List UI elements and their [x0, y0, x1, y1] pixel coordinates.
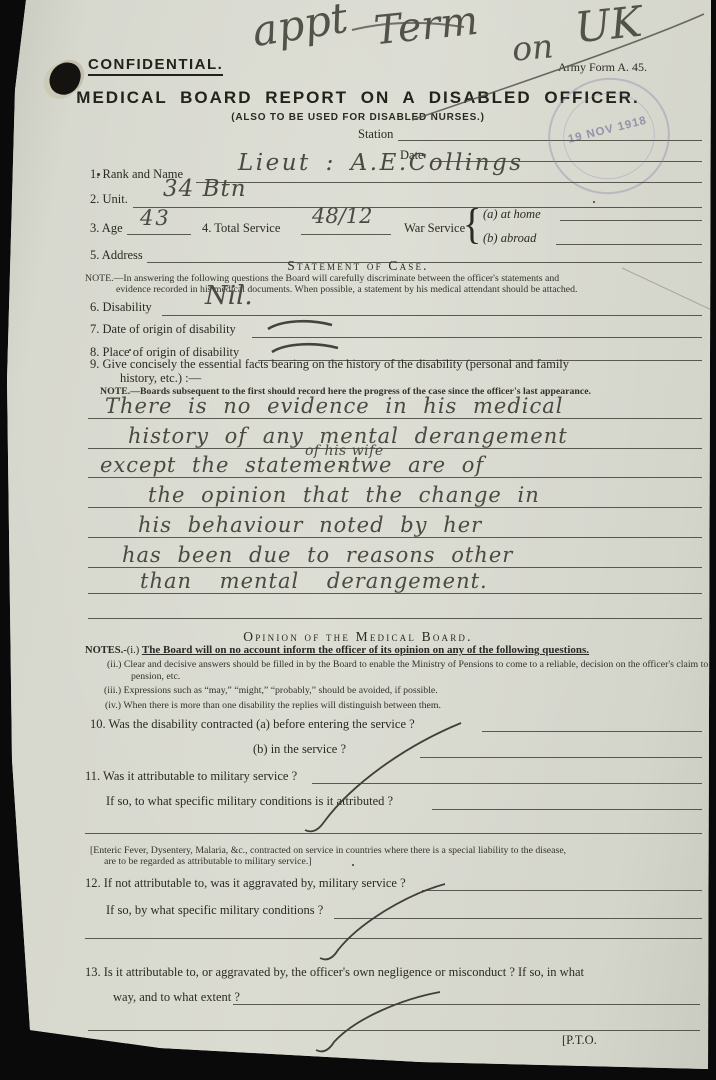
rule-line — [127, 234, 191, 235]
paper-speck — [129, 349, 131, 351]
field-value-unit: 34 Btn — [163, 176, 247, 202]
rule-line — [422, 890, 702, 891]
answer-line: has been due to reasons other — [122, 543, 513, 567]
rule-line — [85, 833, 702, 834]
note-number: (ii.) — [107, 659, 121, 670]
rule-line — [88, 1030, 700, 1031]
question9-line2: history, etc.) :— — [120, 371, 201, 386]
question13-line2: way, and to what extent ? — [113, 990, 240, 1005]
rule-line — [88, 618, 702, 619]
q13-slash-mark — [316, 992, 440, 1051]
rule-line — [312, 783, 702, 784]
opinion-heading: Opinion of the Medical Board. — [0, 629, 716, 645]
field-label-date-of-origin: 7. Date of origin of disability — [90, 322, 236, 337]
field-value-disability: Nil. — [205, 281, 253, 311]
rule-line — [233, 1004, 700, 1005]
field-value-age: 43 — [140, 206, 171, 230]
answer-line: There is no evidence in his medical — [105, 394, 564, 418]
q12-slash-mark — [320, 884, 445, 959]
rule-line — [301, 234, 391, 235]
note-text: Clear and decisive answers should be fil… — [124, 659, 708, 682]
rule-line — [482, 731, 702, 732]
answer-line: the opinion that the change in — [148, 483, 540, 507]
war-service-label: War Service — [404, 221, 465, 236]
paper-speck — [593, 201, 595, 203]
war-service-a-label: (a) at home — [483, 207, 541, 222]
answer-line: his behaviour noted by her — [138, 513, 482, 537]
opinion-note-4: (iv.) When there is more than one disabi… — [105, 700, 441, 712]
form-reference: Army Form A. 45. — [558, 60, 647, 75]
pto-marking: [P.T.O. — [562, 1033, 597, 1048]
annotation-word: appt — [249, 0, 351, 56]
q10-q11-slash-mark — [305, 723, 461, 831]
station-label: Station — [358, 127, 393, 142]
question11-label: 11. Was it attributable to military serv… — [85, 769, 297, 784]
question10-label: 10. Was the disability contracted (a) be… — [90, 717, 415, 732]
note-text: When there is more than one disability t… — [123, 700, 441, 711]
q8-dash-mark — [272, 344, 338, 352]
rule-line — [88, 507, 702, 508]
rule-line — [162, 315, 702, 316]
field-value-total-service: 48/12 — [312, 204, 373, 228]
rule-line — [560, 220, 702, 221]
note-text-emphasized: The Board will on no account inform the … — [142, 644, 589, 656]
paper-speck — [352, 864, 354, 866]
confidential-marking: CONFIDENTIAL. — [88, 56, 223, 76]
question12-label: 12. If not attributable to, was it aggra… — [85, 876, 406, 891]
annotation-word: on — [510, 26, 554, 68]
rule-line — [88, 448, 702, 449]
rule-line — [133, 207, 702, 208]
note-text: Expressions such as “may,” “might,” “pro… — [124, 685, 438, 696]
field-label-total-service: 4. Total Service — [202, 221, 280, 236]
statement-note-line1: NOTE.—In answering the following questio… — [85, 273, 559, 284]
question12-sub-label: If so, by what specific military conditi… — [106, 903, 323, 918]
rule-line — [432, 809, 702, 810]
paper-speck — [97, 173, 100, 176]
opinion-note-2: (ii.) Clear and decisive answers should … — [107, 659, 709, 683]
rule-line — [252, 337, 702, 338]
field-label-age: 3. Age — [90, 221, 123, 236]
liability-note-line1: [Enteric Fever, Dysentery, Malaria, &c.,… — [90, 845, 566, 856]
war-service-b-label: (b) abroad — [483, 231, 536, 246]
note-number: (i.) — [127, 645, 140, 656]
annotation-word: UK — [573, 0, 645, 52]
q7-dash-mark — [268, 321, 332, 329]
insertion-caret: ^ — [336, 462, 349, 481]
rule-line — [88, 593, 702, 594]
question9-line1: 9. Give concisely the essential facts be… — [90, 357, 569, 372]
rule-line — [88, 418, 702, 419]
field-label-disability: 6. Disability — [90, 300, 152, 315]
rule-line — [420, 757, 702, 758]
rule-line — [85, 938, 702, 939]
opinion-note-3: (iii.) Expressions such as “may,” “might… — [104, 685, 438, 697]
answer-line: we are of — [360, 453, 484, 477]
question11-sub-label: If so, to what specific military conditi… — [106, 794, 393, 809]
rule-line — [88, 477, 702, 478]
question10b-label: (b) in the service ? — [253, 742, 346, 757]
paper-crease — [622, 268, 716, 312]
note-number: (iv.) — [105, 700, 121, 711]
opinion-note-1: NOTES.-(i.) The Board will on no account… — [85, 644, 589, 656]
field-label-unit: 2. Unit. — [90, 192, 128, 207]
liability-note-line2: are to be regarded as attributable to mi… — [104, 856, 312, 867]
notes-label: NOTES.- — [85, 645, 127, 656]
statement-note-line2: evidence recorded in his medical documen… — [116, 284, 578, 295]
annotation-word: Term — [372, 0, 481, 54]
date-stamp: 19 NOV 1918 — [536, 65, 682, 207]
rule-line — [556, 244, 702, 245]
top-annotation: appt Term on UK — [252, 0, 642, 49]
rule-line — [88, 567, 702, 568]
note-number: (iii.) — [104, 685, 121, 696]
answer-line: than mental derangement. — [140, 569, 488, 593]
scanned-document: appt Term on UK CONFIDENTIAL. Army Form … — [0, 0, 716, 1080]
statement-heading: Statement of Case. — [0, 258, 716, 274]
field-value-rank-name: Lieut : A.E.Collings — [238, 150, 524, 176]
document-page: appt Term on UK CONFIDENTIAL. Army Form … — [0, 0, 716, 1080]
rule-line — [88, 537, 702, 538]
rule-line — [334, 918, 702, 919]
brace-glyph: { — [463, 199, 481, 250]
rule-line — [196, 182, 702, 183]
question13-line1: 13. Is it attributable to, or aggravated… — [85, 965, 584, 980]
